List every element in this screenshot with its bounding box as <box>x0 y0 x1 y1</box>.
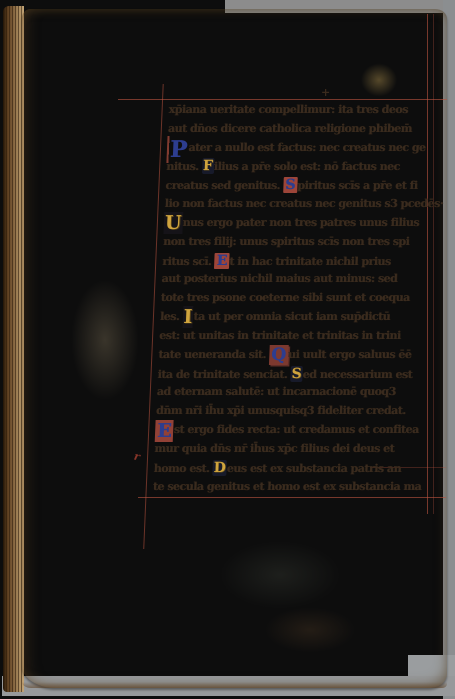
line-text: dn̄m nr̄i ih̄u xp̄i unusquisq3 fideliter… <box>156 404 406 417</box>
illuminated-initial: S <box>283 177 298 193</box>
text-line: ritus scī. Et in hac trinitate nichil pr… <box>162 252 443 271</box>
line-text: tote tres psone coeterne sibi sunt et co… <box>160 291 409 304</box>
illuminated-initial: U <box>163 212 183 234</box>
line-text: mur quia dn̄s nr̄ ih̄us xp̄c filius dei … <box>154 442 394 455</box>
text-line: tate ueneranda sit. Qui uult ergo saluus… <box>158 346 439 365</box>
text-line: Unus ergo pater non tres patres unus fil… <box>163 214 444 233</box>
line-text: ed necessarium est <box>302 368 412 381</box>
line-text: eus est ex substancia patris an <box>227 462 402 475</box>
line-text: lio non factus nec creatus nec genitus s… <box>164 197 443 210</box>
text-line: tote tres psone coeterne sibi sunt et co… <box>160 289 441 308</box>
book-fore-edge-stack <box>3 6 24 692</box>
line-text: homo est. <box>153 462 213 475</box>
text-line: homo est. Deus est ex substancia patris … <box>153 459 434 478</box>
text-line: ita de trinitate senciat. Sed necessariu… <box>157 365 438 384</box>
line-text: nus ergo pater non tres patres unus fili… <box>182 216 419 229</box>
text-line: les. Ita ut per omnia sicut iam sup̄dict… <box>160 308 441 327</box>
text-block: xp̄iana ueritate compellimur: ita tres d… <box>152 101 449 496</box>
illuminated-initial: Q <box>269 345 289 365</box>
line-text: st ergo fides recta: ut credamus et conf… <box>173 423 418 436</box>
text-line: non tres filij: unus spiritus scīs non t… <box>163 233 444 252</box>
text-line: xp̄iana ueritate compellimur: ita tres d… <box>168 101 449 120</box>
text-line: lio non factus nec creatus nec genitus s… <box>164 195 445 214</box>
line-text: ritus scī. <box>162 255 215 268</box>
line-text: ita de trinitate senciat. <box>157 368 291 381</box>
text-line: nitus. Filius a pr̄e solo est: nō factus… <box>166 157 447 176</box>
line-text: t in hac trinitate nichil prius <box>229 255 391 268</box>
line-text: ui uult ergo saluus ēē <box>288 348 412 361</box>
text-line: est: ut unitas in trinitate et trinitas … <box>159 327 440 346</box>
text-line: te secula genitus et homo est ex substan… <box>152 478 433 497</box>
line-text: ilius a pr̄e solo est: nō factus nec <box>214 160 400 173</box>
illuminated-initial: E <box>155 420 174 442</box>
text-line: Est ergo fides recta: ut credamus et con… <box>155 421 436 440</box>
line-text: ater a nullo est factus: nec creatus nec… <box>188 141 426 154</box>
ruling-line-top <box>118 99 447 100</box>
text-column: xp̄iana ueritate compellimur: ita tres d… <box>152 101 449 501</box>
line-text: tate ueneranda sit. <box>158 348 269 361</box>
line-text: les. <box>160 310 183 323</box>
line-text: creatus sed genitus. <box>165 179 283 192</box>
line-text: ad eternam salutē: ut incarnacionē quoq3 <box>157 385 396 398</box>
text-line: aut posterius nichil maius aut minus: se… <box>161 270 442 289</box>
line-text: aut dn̄os dicere catholica religione phi… <box>168 122 412 135</box>
line-text: est: ut unitas in trinitate et trinitas … <box>159 329 401 342</box>
cross-mark: + <box>321 86 330 99</box>
line-text: nitus. <box>166 160 202 173</box>
line-text: non tres filij: unus spiritus scīs non t… <box>163 235 410 248</box>
photo-frame: + r xp̄iana ueritate compellimur: ita tr… <box>0 0 455 699</box>
text-line: creatus sed genitus. Spiritus scīs a pr̄… <box>165 176 446 195</box>
illuminated-initial: F <box>202 158 215 174</box>
text-line: dn̄m nr̄i ih̄u xp̄i unusquisq3 fideliter… <box>156 402 437 421</box>
text-line: mur quia dn̄s nr̄ ih̄us xp̄c filius dei … <box>154 440 435 459</box>
line-text: aut posterius nichil maius aut minus: se… <box>161 272 397 285</box>
line-text: xp̄iana ueritate compellimur: ita tres d… <box>168 103 408 116</box>
illuminated-initial: D <box>212 460 227 476</box>
text-line: Pater a nullo est factus: nec creatus ne… <box>167 139 448 158</box>
line-text: piritus scīs a pr̄e et fi <box>297 179 418 192</box>
illuminated-initial: E <box>214 253 229 269</box>
text-line: ad eternam salutē: ut incarnacionē quoq3 <box>156 383 437 402</box>
line-text: te secula genitus et homo est ex substan… <box>153 480 422 493</box>
illuminated-initial: S <box>290 366 303 382</box>
text-line: aut dn̄os dicere catholica religione phi… <box>167 120 448 139</box>
line-text: ta ut per omnia sicut iam sup̄dictū <box>193 310 390 323</box>
